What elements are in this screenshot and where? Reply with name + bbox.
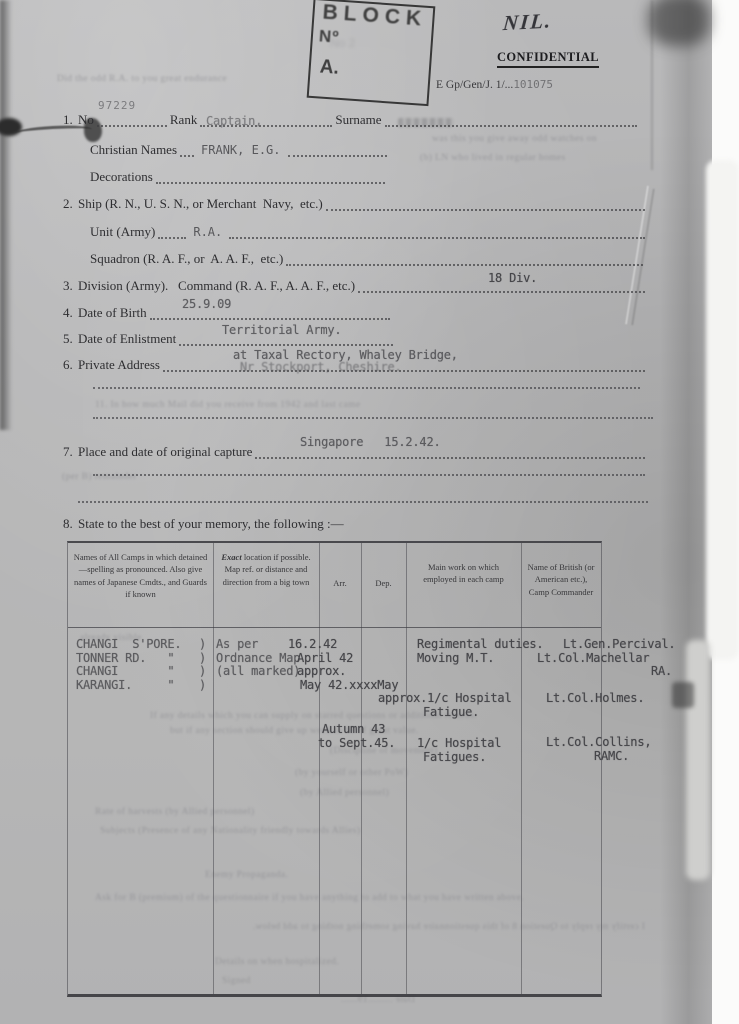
column-rule (406, 543, 407, 994)
field-ship: 2.Ship (R. N., U. S. N., or Merchant Nav… (63, 196, 648, 212)
col-header-dep: Dep. (361, 577, 406, 589)
confidential-heading: CONFIDENTIAL (497, 50, 599, 68)
bleedthrough-text: 11. In how much Mail did you receive fro… (95, 397, 625, 413)
col-header-exact-word: Exact (221, 552, 241, 562)
typed-camp-name: CHANGI S'PORE. (76, 637, 181, 651)
typed-commander: Lt.Col.Machellar (537, 651, 649, 665)
typed-arrival-date: to Sept.45. (318, 736, 395, 750)
surname-label: Surname (335, 112, 381, 128)
item-number: 8. (63, 516, 78, 532)
reference-number-line: E Gp/Gen/J. 1/...101075 (436, 78, 553, 91)
column-rule (521, 543, 522, 994)
typed-commander: RA. (651, 664, 672, 678)
left-edge-shadow (0, 0, 12, 430)
field-decorations: Decorations (90, 169, 388, 185)
column-rule (213, 543, 214, 994)
christian-names-label: Christian Names (90, 142, 177, 158)
item-number: 1. (63, 112, 78, 128)
capture-label: Place and date of original capture (78, 444, 252, 460)
typed-brace: ) (199, 651, 206, 665)
item-number: 2. (63, 196, 78, 212)
rank-value-typed: Captain, (206, 114, 262, 128)
address-label: Private Address (78, 357, 160, 373)
column-rule (319, 543, 320, 994)
col-header-camps: Names of All Camps in which detained—spe… (68, 551, 213, 600)
typed-main-work: Moving M.T. (417, 651, 494, 665)
typed-arrival-date: approx. (297, 664, 346, 678)
stamp-ghost-mark: No 2 (330, 36, 410, 52)
address-value-line2-typed: Nr Stockport, Cheshire. (240, 360, 402, 374)
rank-label: Rank (170, 112, 197, 128)
paper-crease (651, 0, 653, 170)
field-christian-names: Christian NamesFRANK, E.G. (90, 142, 390, 158)
reference-number-typed: 101075 (513, 78, 553, 91)
field-squadron: Squadron (R. A. F., or A. A. F., etc.) (90, 251, 646, 267)
typed-commander: RAMC. (594, 749, 629, 763)
enlistment-value-typed: Territorial Army. (222, 323, 341, 337)
scan-background-wedge (706, 160, 739, 660)
squadron-label: Squadron (R. A. F., or A. A. F., etc.) (90, 251, 283, 267)
unit-label: Unit (Army) (90, 224, 155, 240)
typed-commander: Lt.Col.Collins, (546, 735, 651, 749)
typed-camp-name: TONNER RD. " (76, 651, 174, 665)
handwritten-nil: NIL. (502, 9, 554, 37)
col-header-main-work: Main work on which employed in each camp (406, 561, 521, 586)
item-number: 6. (63, 357, 78, 373)
column-rule (361, 543, 362, 994)
enlistment-label: Date of Enlistment (78, 331, 176, 347)
item-number: 5. (63, 331, 78, 347)
typed-main-work: Fatigues. (423, 750, 486, 764)
capture-value-typed: Singapore 15.2.42. (300, 435, 441, 449)
typed-main-work: approx.1/c Hospital (378, 691, 511, 705)
item8-label: State to the best of your memory, the fo… (78, 516, 344, 532)
field-division-command: 3.Division (Army). Command (R. A. F., A.… (63, 278, 648, 294)
item-number: 4. (63, 305, 78, 321)
dotted-line (93, 385, 640, 389)
item-number: 3. (63, 278, 78, 294)
typed-brace: ) (199, 664, 206, 678)
typed-location: As per (216, 637, 258, 651)
col-header-commander: Name of British (or American etc.), Camp… (521, 561, 601, 598)
christian-names-value-typed: FRANK, E.G. (197, 143, 284, 157)
typed-brace: ) (199, 678, 206, 692)
top-right-corner-shadow (648, 0, 710, 46)
typed-commander: Lt.Col.Holmes. (546, 691, 644, 705)
field-unit-army: Unit (Army)R.A. (90, 224, 648, 240)
serial-number: 97229 (98, 99, 136, 112)
dotted-line (93, 472, 645, 476)
col-header-arr: Arr. (319, 577, 361, 589)
header-rule (68, 627, 601, 628)
dotted-line (93, 415, 653, 419)
item-number: 7. (63, 444, 78, 460)
reference-prefix: E Gp/Gen/J. 1/... (436, 79, 513, 91)
typed-camp-name: CHANGI " (76, 664, 174, 678)
typed-arrival-date: Autumn 43 (322, 722, 385, 736)
block-number-stamp: BLOCK Nº A. (307, 0, 436, 106)
camps-table: Names of All Camps in which detained—spe… (67, 541, 602, 997)
paper-fold-smudge (672, 682, 694, 708)
paper-fold-highlight (686, 640, 710, 880)
division-value-typed: 18 Div. (488, 271, 537, 285)
typed-arrival-date: April 42 (297, 651, 353, 665)
ship-label: Ship (R. N., U. S. N., or Merchant Navy,… (78, 196, 323, 212)
typed-arrival-date: 16.2.42 (288, 637, 337, 651)
typed-main-work: Fatigue. (423, 705, 479, 719)
bleedthrough-text: (b) LN who lived in regular homes (420, 150, 635, 166)
typed-main-work: 1/c Hospital (417, 736, 501, 750)
division-label: Division (Army). Command (R. A. F., A. A… (78, 278, 355, 294)
bleedthrough-text: was this you give away odd watches on (432, 131, 637, 147)
typed-location: (all marked) (216, 664, 300, 678)
bleedthrough-text: Did the odd R.A. to you great endurance (57, 71, 312, 87)
typed-location: Ordnance Map (216, 651, 300, 665)
surname-value-faded (398, 118, 454, 127)
typed-commander: Lt.Gen.Percival. (563, 637, 675, 651)
stamp-a-text: A. (319, 56, 339, 79)
col-header-location: Exact location if possible. Map ref. or … (213, 551, 319, 588)
field-number-rank-surname: 1.NoRankSurname (63, 112, 640, 128)
dotted-line (78, 499, 648, 503)
date-of-birth-value-typed: 25.9.09 (182, 297, 231, 311)
date-of-birth-label: Date of Birth (78, 305, 147, 321)
decorations-label: Decorations (90, 169, 153, 185)
typed-brace: ) (199, 637, 206, 651)
field-item8-instruction: 8.State to the best of your memory, the … (63, 516, 648, 532)
typed-main-work: Regimental duties. (417, 637, 543, 651)
typed-arrival-date-strikeout: May 42.xxxxMay (300, 678, 398, 692)
scanned-document-page: was this you give away odd watches on (b… (0, 0, 739, 1024)
no-label: No (78, 112, 94, 128)
typed-camp-name: KARANGI. " (76, 678, 174, 692)
unit-value-typed: R.A. (189, 225, 226, 239)
